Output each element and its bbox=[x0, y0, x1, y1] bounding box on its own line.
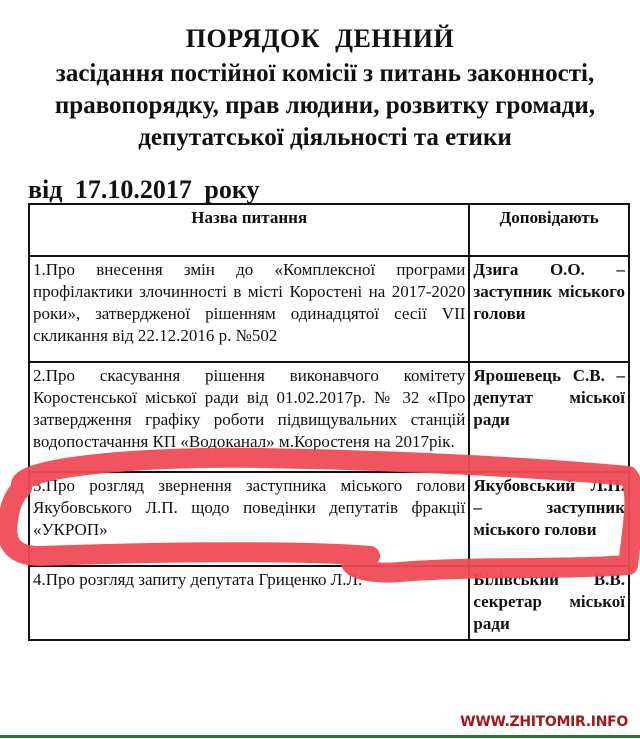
document-subtitle: засідання постійної комісії з питань зак… bbox=[20, 58, 630, 154]
table-row-highlighted: 3.Про розгляд звернення заступника міськ… bbox=[29, 472, 629, 566]
footer-divider bbox=[0, 735, 640, 738]
watermark-text: WWW.ZHITOMIR.INFO bbox=[460, 714, 628, 730]
speaker-cell: Якубовський Л.П. – заступник міського го… bbox=[469, 472, 629, 566]
speaker-cell: Ярошевець С.В. – депутат міської ради bbox=[469, 362, 629, 472]
topic-cell: 3.Про розгляд звернення заступника міськ… bbox=[29, 472, 469, 566]
topic-cell: 2.Про скасування рішення виконавчого ком… bbox=[29, 362, 469, 472]
topic-cell: 4.Про розгляд запиту депутата Гриценко Л… bbox=[29, 566, 469, 640]
table-row: 1.Про внесення змін до «Комплексної прог… bbox=[29, 256, 629, 362]
table-header-row: Назва питання Доповідають bbox=[29, 204, 629, 256]
document-title: ПОРЯДОК ДЕННИЙ bbox=[0, 24, 640, 54]
table-row: 2.Про скасування рішення виконавчого ком… bbox=[29, 362, 629, 472]
document-date: від 17.10.2017 року bbox=[28, 175, 260, 205]
header-speaker: Доповідають bbox=[469, 204, 629, 256]
agenda-table: Назва питання Доповідають 1.Про внесення… bbox=[28, 203, 630, 641]
speaker-cell: Білівський В.В. секретар міської ради bbox=[469, 566, 629, 640]
speaker-cell: Дзига О.О. – заступник міського голови bbox=[469, 256, 629, 362]
header-topic: Назва питання bbox=[29, 204, 469, 256]
table-row: 4.Про розгляд запиту депутата Гриценко Л… bbox=[29, 566, 629, 640]
topic-cell: 1.Про внесення змін до «Комплексної прог… bbox=[29, 256, 469, 362]
